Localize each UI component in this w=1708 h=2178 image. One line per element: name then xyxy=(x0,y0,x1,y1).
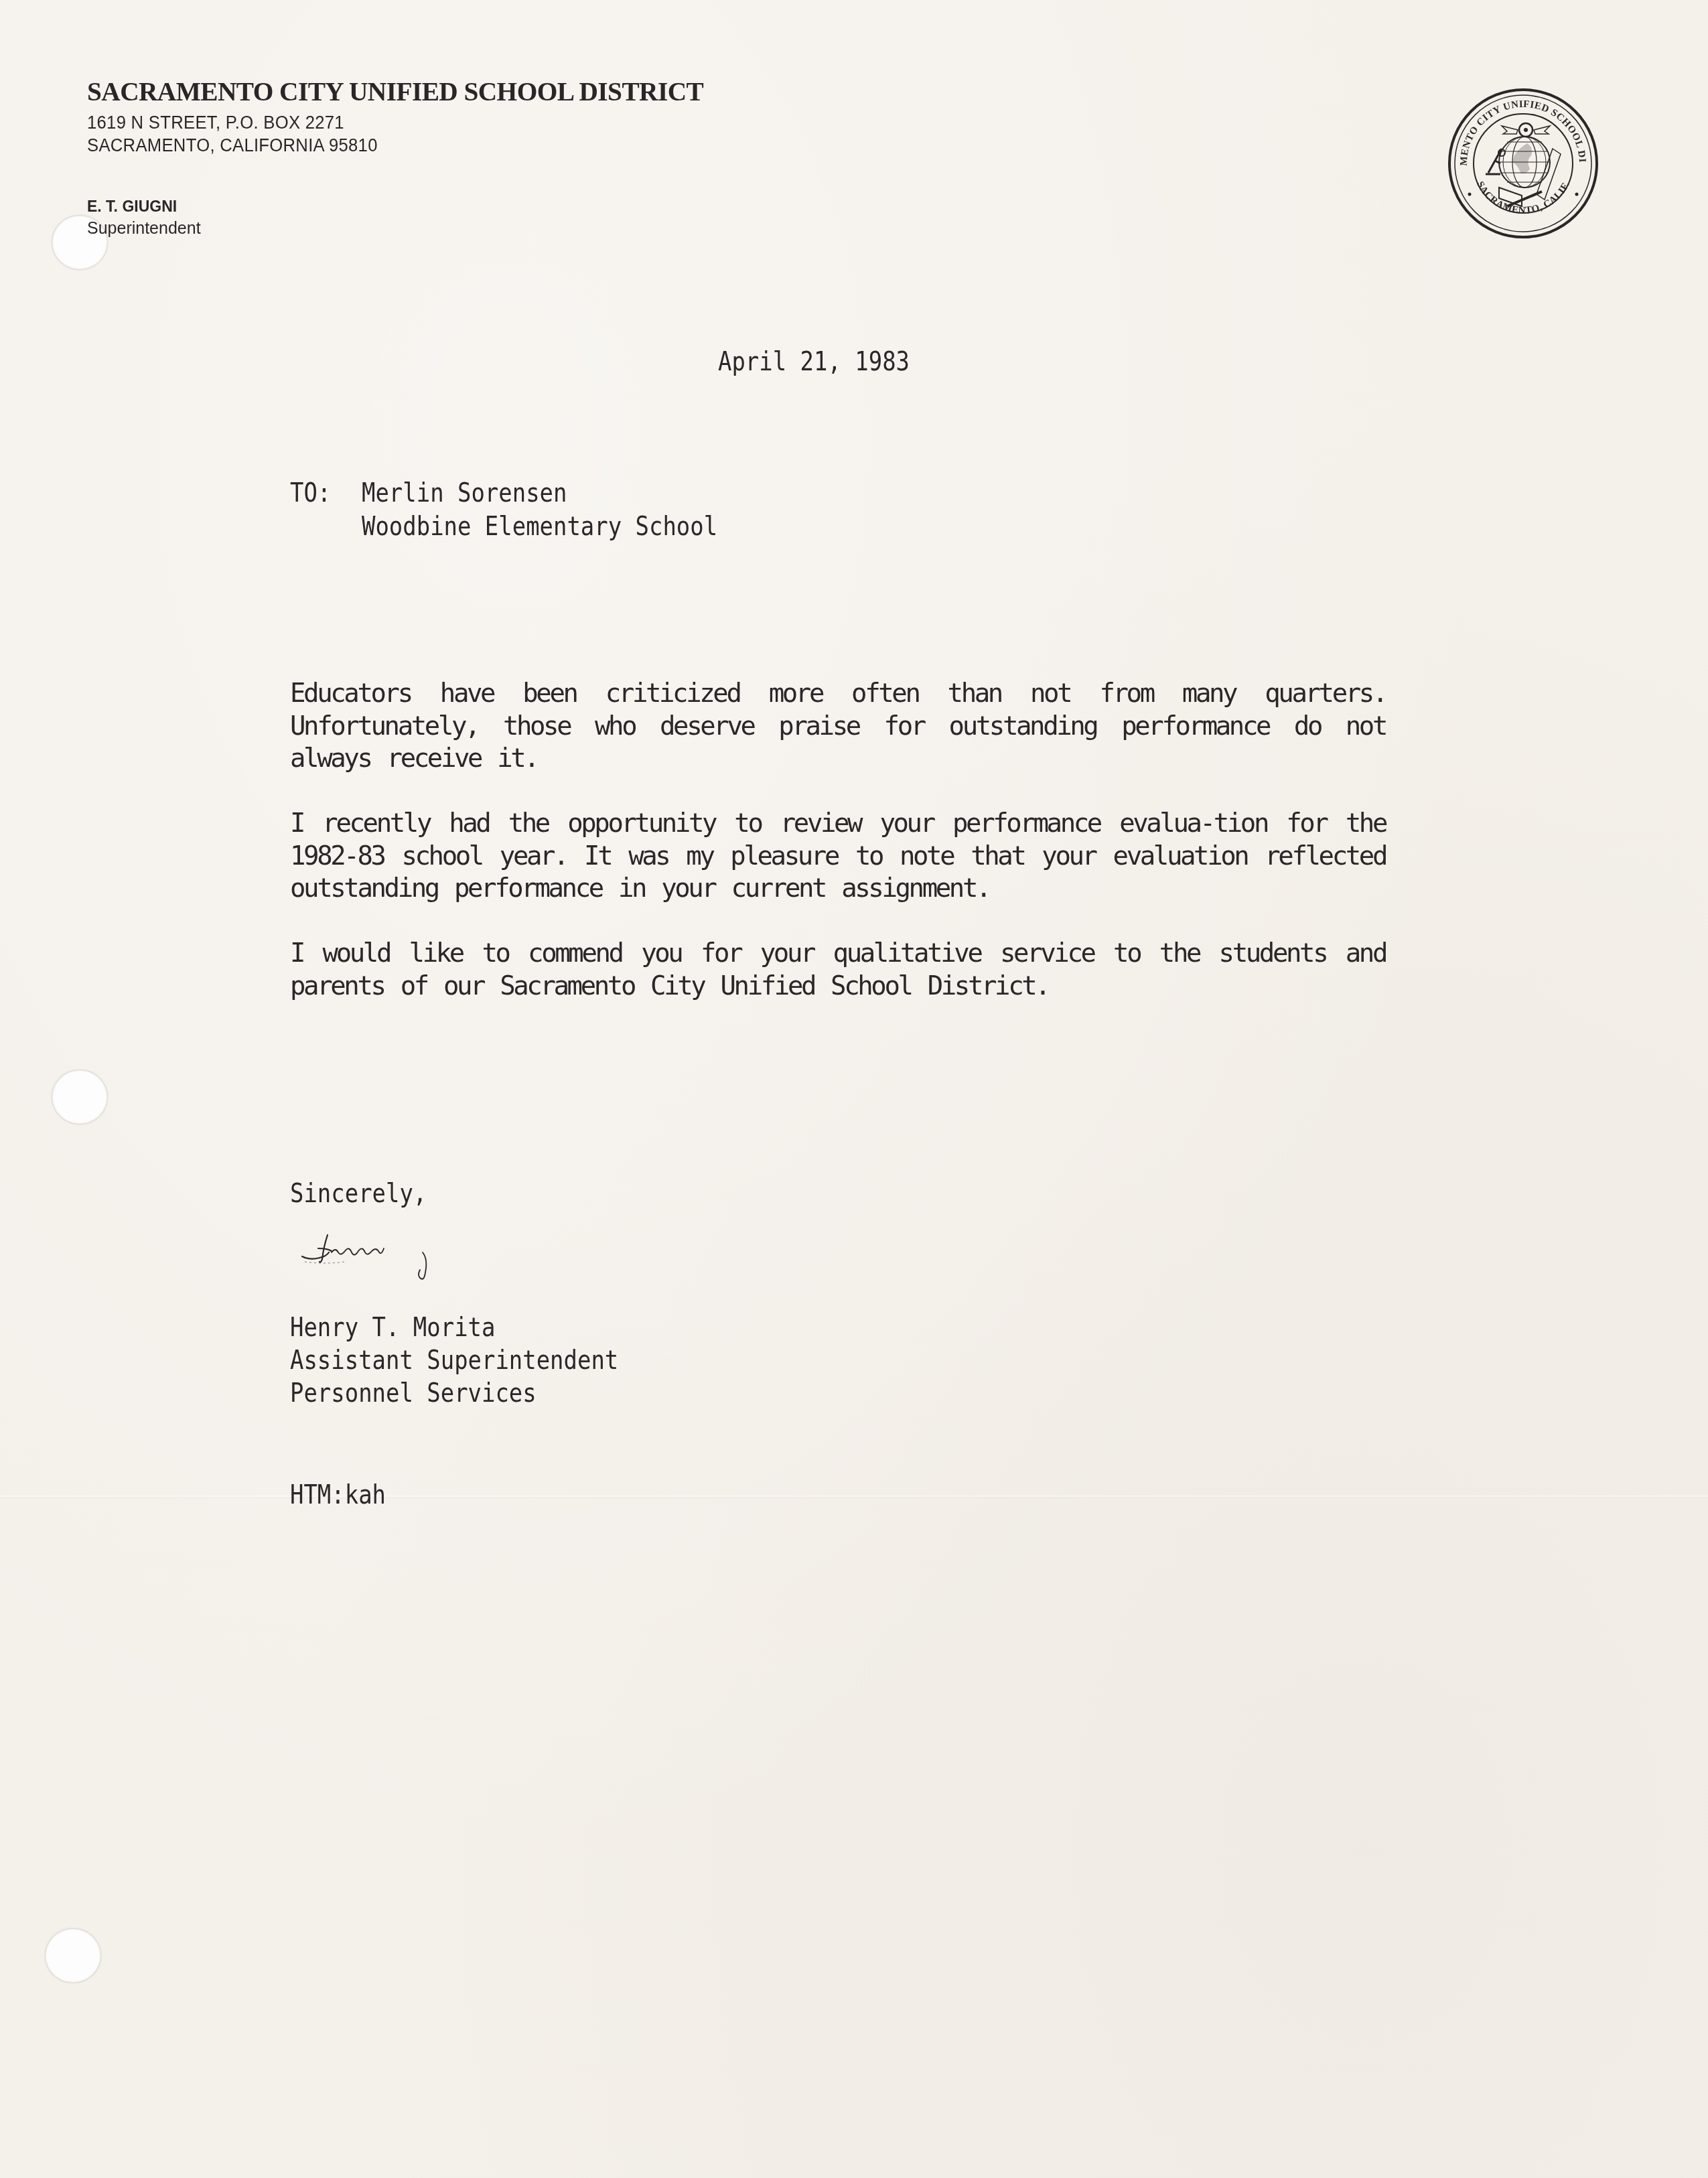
district-seal-icon: SACRAMENTO CITY UNIFIED SCHOOL DISTRICT … xyxy=(1447,87,1599,240)
signer-name: Henry T. Morita xyxy=(290,1311,618,1344)
hole-punch-bottom xyxy=(46,1929,100,1982)
letter-date: April 21, 1983 xyxy=(718,347,910,377)
handwritten-signature-icon xyxy=(298,1231,452,1298)
body-paragraph: I recently had the opportunity to review… xyxy=(290,808,1386,905)
hole-punch-middle xyxy=(52,1070,107,1124)
body-paragraph: I would like to commend you for your qua… xyxy=(290,938,1386,1003)
closing: Sincerely, xyxy=(290,1179,427,1209)
address-line-1: 1619 N STREET, P.O. BOX 2271 xyxy=(87,113,344,133)
signature-block: Henry T. Morita Assistant Superintendent… xyxy=(290,1311,618,1410)
reference-initials: HTM:kah xyxy=(290,1480,386,1510)
body-paragraph: Educators have been criticized more ofte… xyxy=(290,678,1386,776)
paper-fold-line xyxy=(0,1495,1708,1499)
letter-body: Educators have been criticized more ofte… xyxy=(290,678,1386,1035)
address-line-2: SACRAMENTO, CALIFORNIA 95810 xyxy=(87,135,378,156)
superintendent-name: E. T. GIUGNI xyxy=(87,198,177,216)
recipient-name: Merlin Sorensen xyxy=(362,477,567,510)
to-label: TO: xyxy=(290,477,362,510)
signer-title: Assistant Superintendent xyxy=(290,1344,618,1377)
signer-department: Personnel Services xyxy=(290,1377,618,1410)
recipient-block: TO: Merlin Sorensen Woodbine Elementary … xyxy=(290,477,717,544)
recipient-school: Woodbine Elementary School xyxy=(362,510,717,544)
organization-name: SACRAMENTO CITY UNIFIED SCHOOL DISTRICT xyxy=(87,75,703,107)
superintendent-title: Superintendent xyxy=(87,219,201,238)
